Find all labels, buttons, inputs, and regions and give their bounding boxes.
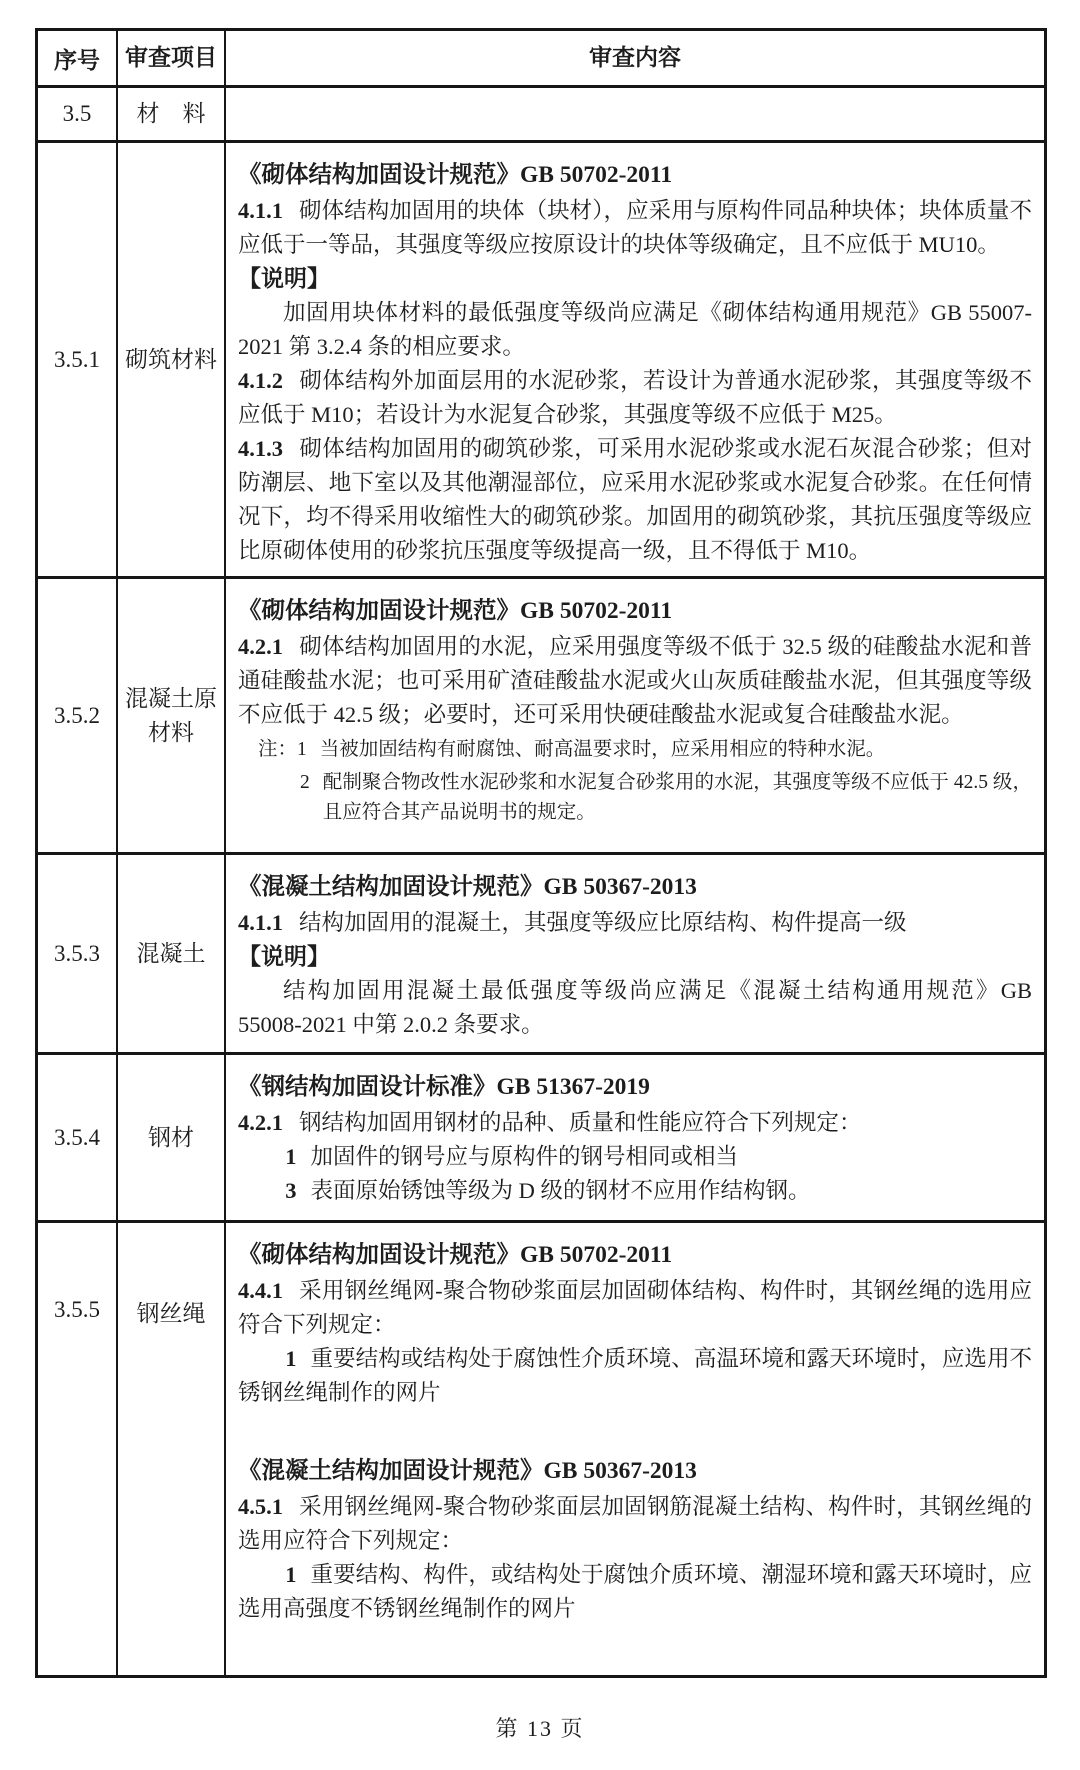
regulation-title: 《砌体结构加固设计规范》GB 50702-2011 [238, 1238, 1032, 1272]
clause-paragraph: 4.1.3砌体结构加固用的砌筑砂浆，可采用水泥砂浆或水泥石灰混合砂浆；但对防潮层… [238, 432, 1032, 568]
clause-number: 4.2.1 [238, 634, 283, 659]
note-prefix: 注：1 [258, 735, 307, 765]
clause-text: 砌体结构外加面层用的水泥砂浆，若设计为普通水泥砂浆，其强度等级不应低于 M10；… [238, 368, 1032, 427]
note-line: 注：1当被加固结构有耐腐蚀、耐高温要求时，应采用相应的特种水泥。 [258, 735, 1032, 765]
explanation-label: 【说明】 [238, 940, 1032, 974]
clause-paragraph: 4.2.1砌体结构加固用的水泥，应采用强度等级不低于 32.5 级的硅酸盐水泥和… [238, 630, 1032, 732]
clause-number: 4.1.1 [238, 910, 283, 935]
clause-paragraph: 4.4.1采用钢丝绳网-聚合物砂浆面层加固砌体结构、构件时，其钢丝绳的选用应符合… [238, 1274, 1032, 1342]
content-cell [226, 88, 1044, 140]
regulation-title: 《钢结构加固设计标准》GB 51367-2019 [238, 1070, 1032, 1104]
note-text: 当被加固结构有耐腐蚀、耐高温要求时，应采用相应的特种水泥。 [320, 735, 1032, 765]
table-row-3-5-2: 3.5.2 混凝土原材料 《砌体结构加固设计规范》GB 50702-2011 4… [38, 576, 1044, 852]
subitem-text: 加固件的钢号应与原构件的钢号相同或相当 [311, 1144, 739, 1169]
clause-number: 4.4.1 [238, 1278, 283, 1303]
clause-paragraph: 4.5.1采用钢丝绳网-聚合物砂浆面层加固钢筋混凝土结构、构件时，其钢丝绳的选用… [238, 1490, 1032, 1558]
clause-number: 4.1.3 [238, 436, 283, 461]
serial-cell: 3.5.4 [38, 1055, 118, 1220]
document-page: 序号 审查项目 审查内容 3.5 材 料 3.5.1 砌筑材料 《砌体结构加固设… [0, 0, 1080, 1770]
regulation-title: 《砌体结构加固设计规范》GB 50702-2011 [238, 594, 1032, 628]
review-table: 序号 审查项目 审查内容 3.5 材 料 3.5.1 砌筑材料 《砌体结构加固设… [35, 28, 1047, 1678]
serial-cell: 3.5.3 [38, 855, 118, 1052]
clause-text: 结构加固用的混凝土，其强度等级应比原结构、构件提高一级 [299, 910, 907, 935]
clause-number: 4.1.1 [238, 198, 283, 223]
subitem-number: 1 [285, 1144, 296, 1169]
page-footer: 第 13 页 [0, 1712, 1080, 1743]
serial-cell: 3.5.1 [38, 143, 118, 576]
table-row-3-5-3: 3.5.3 混凝土 《混凝土结构加固设计规范》GB 50367-2013 4.1… [38, 852, 1044, 1052]
clause-paragraph: 4.1.2砌体结构外加面层用的水泥砂浆，若设计为普通水泥砂浆，其强度等级不应低于… [238, 364, 1032, 432]
subitem-text: 重要结构、构件，或结构处于腐蚀介质环境、潮湿环境和露天环境时，应选用高强度不锈钢… [238, 1562, 1032, 1621]
item-cell: 混凝土原材料 [118, 579, 226, 852]
item-cell: 钢丝绳 [118, 1223, 226, 1675]
col-header-content: 审查内容 [226, 31, 1044, 85]
subitem-number: 1 [285, 1562, 296, 1587]
clause-number: 4.5.1 [238, 1494, 283, 1519]
item-cell: 材 料 [118, 88, 226, 140]
regulation-title: 《混凝土结构加固设计规范》GB 50367-2013 [238, 870, 1032, 904]
clause-paragraph: 4.1.1砌体结构加固用的块体（块材），应采用与原构件同品种块体；块体质量不应低… [238, 194, 1032, 262]
subitem-paragraph: 1加固件的钢号应与原构件的钢号相同或相当 [238, 1140, 1032, 1174]
subitem-paragraph: 1重要结构或结构处于腐蚀性介质环境、高温环境和露天环境时，应选用不锈钢丝绳制作的… [238, 1342, 1032, 1410]
table-header-row: 序号 审查项目 审查内容 [38, 31, 1044, 85]
content-cell: 《砌体结构加固设计规范》GB 50702-2011 4.2.1砌体结构加固用的水… [226, 579, 1044, 852]
clause-number: 4.2.1 [238, 1110, 283, 1135]
clause-text: 采用钢丝绳网-聚合物砂浆面层加固钢筋混凝土结构、构件时，其钢丝绳的选用应符合下列… [238, 1494, 1032, 1553]
explanation-label: 【说明】 [238, 262, 1032, 296]
serial-cell: 3.5.2 [38, 579, 118, 852]
col-header-item: 审查项目 [118, 31, 226, 85]
serial-cell: 3.5.5 [38, 1223, 118, 1675]
note-text: 配制聚合物改性水泥砂浆和水泥复合砂浆用的水泥，其强度等级不应低于 42.5 级，… [323, 768, 1032, 828]
clause-text: 砌体结构加固用的块体（块材），应采用与原构件同品种块体；块体质量不应低于一等品，… [238, 198, 1032, 257]
note-line: 2配制聚合物改性水泥砂浆和水泥复合砂浆用的水泥，其强度等级不应低于 42.5 级… [300, 768, 1032, 828]
explanation-text: 结构加固用混凝土最低强度等级尚应满足《混凝土结构通用规范》GB 55008-20… [238, 974, 1032, 1042]
clause-paragraph: 4.2.1钢结构加固用钢材的品种、质量和性能应符合下列规定： [238, 1106, 1032, 1140]
subitem-number: 3 [285, 1178, 296, 1203]
item-cell: 钢材 [118, 1055, 226, 1220]
table-row-3-5-1: 3.5.1 砌筑材料 《砌体结构加固设计规范》GB 50702-2011 4.1… [38, 140, 1044, 576]
clause-text: 砌体结构加固用的砌筑砂浆，可采用水泥砂浆或水泥石灰混合砂浆；但对防潮层、地下室以… [238, 436, 1032, 563]
subitem-number: 1 [285, 1346, 296, 1371]
item-cell: 混凝土 [118, 855, 226, 1052]
regulation-title: 《砌体结构加固设计规范》GB 50702-2011 [238, 158, 1032, 192]
subitem-text: 重要结构或结构处于腐蚀性介质环境、高温环境和露天环境时，应选用不锈钢丝绳制作的网… [238, 1346, 1032, 1405]
clause-number: 4.1.2 [238, 368, 283, 393]
table-row-3-5-5: 3.5.5 钢丝绳 《砌体结构加固设计规范》GB 50702-2011 4.4.… [38, 1220, 1044, 1675]
item-cell: 砌筑材料 [118, 143, 226, 576]
serial-cell: 3.5 [38, 88, 118, 140]
col-header-serial: 序号 [38, 31, 118, 85]
explanation-text: 加固用块体材料的最低强度等级尚应满足《砌体结构通用规范》GB 55007-202… [238, 296, 1032, 364]
content-cell: 《混凝土结构加固设计规范》GB 50367-2013 4.1.1结构加固用的混凝… [226, 855, 1044, 1052]
table-row-3-5: 3.5 材 料 [38, 85, 1044, 140]
subitem-paragraph: 3表面原始锈蚀等级为 D 级的钢材不应用作结构钢。 [238, 1174, 1032, 1208]
note-prefix: 2 [300, 768, 310, 828]
clause-text: 采用钢丝绳网-聚合物砂浆面层加固砌体结构、构件时，其钢丝绳的选用应符合下列规定： [238, 1278, 1032, 1337]
row-gap [238, 1410, 1032, 1454]
clause-text: 砌体结构加固用的水泥，应采用强度等级不低于 32.5 级的硅酸盐水泥和普通硅酸盐… [238, 634, 1032, 727]
clause-paragraph: 4.1.1结构加固用的混凝土，其强度等级应比原结构、构件提高一级 [238, 906, 1032, 940]
subitem-text: 表面原始锈蚀等级为 D 级的钢材不应用作结构钢。 [311, 1178, 811, 1203]
regulation-title: 《混凝土结构加固设计规范》GB 50367-2013 [238, 1454, 1032, 1488]
table-row-3-5-4: 3.5.4 钢材 《钢结构加固设计标准》GB 51367-2019 4.2.1钢… [38, 1052, 1044, 1220]
content-cell: 《钢结构加固设计标准》GB 51367-2019 4.2.1钢结构加固用钢材的品… [226, 1055, 1044, 1220]
subitem-paragraph: 1重要结构、构件，或结构处于腐蚀介质环境、潮湿环境和露天环境时，应选用高强度不锈… [238, 1558, 1032, 1626]
content-cell: 《砌体结构加固设计规范》GB 50702-2011 4.1.1砌体结构加固用的块… [226, 143, 1044, 576]
clause-text: 钢结构加固用钢材的品种、质量和性能应符合下列规定： [299, 1110, 862, 1135]
content-cell: 《砌体结构加固设计规范》GB 50702-2011 4.4.1采用钢丝绳网-聚合… [226, 1223, 1044, 1675]
